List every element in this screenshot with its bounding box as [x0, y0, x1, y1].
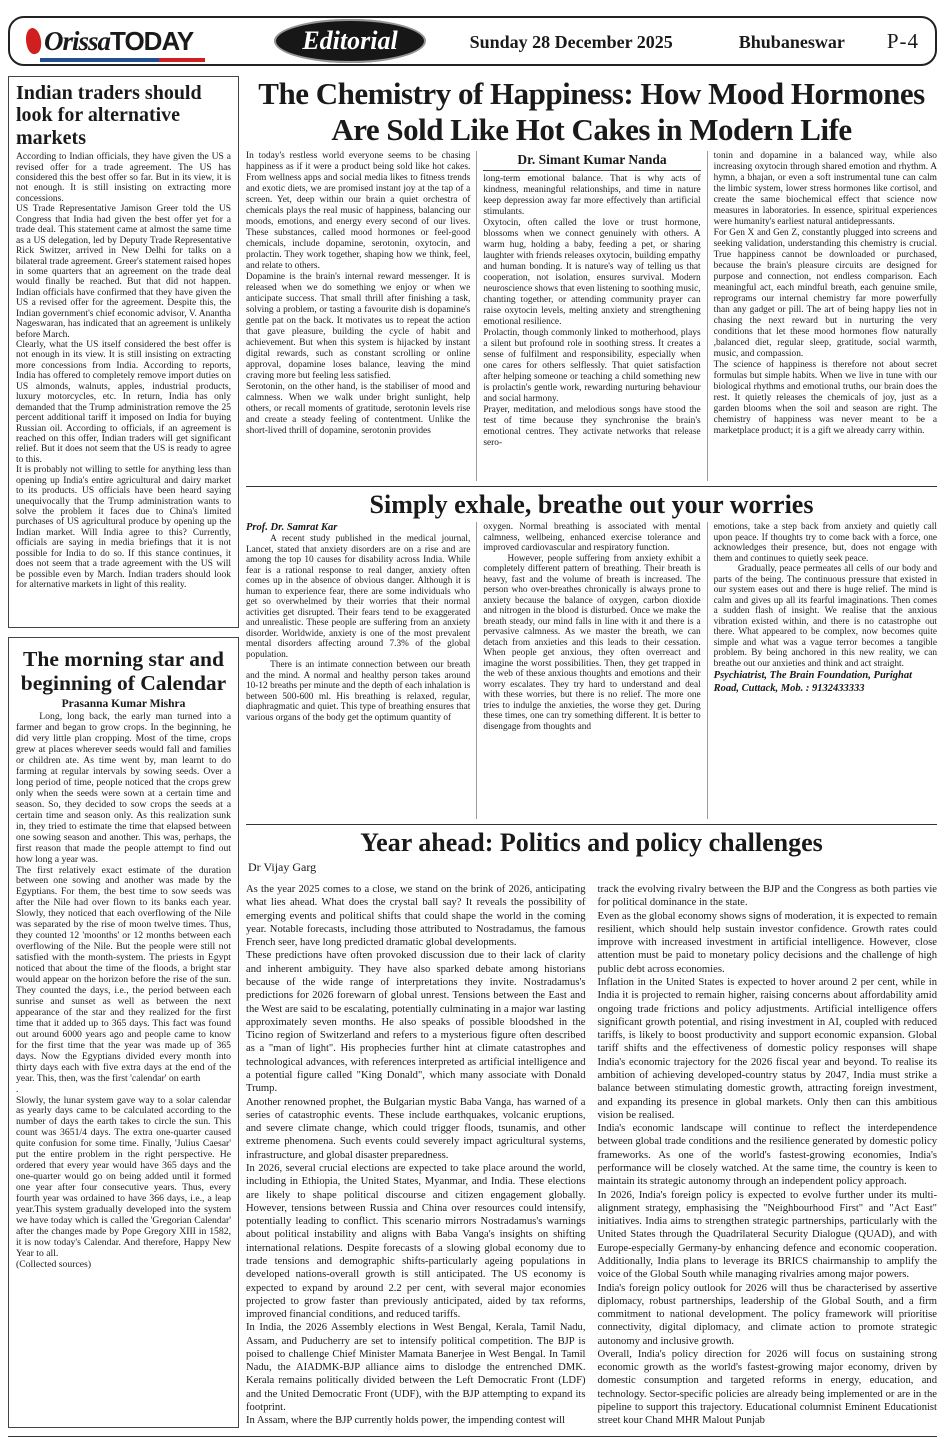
article-chemistry: The Chemistry of Happiness: How Mood Hor…	[246, 76, 937, 481]
paragraph: Prayer, meditation, and melodious songs …	[483, 405, 700, 449]
article-exhale-col3-body: emotions, take a step back from anxiety …	[714, 522, 937, 669]
article-yearahead-title: Year ahead: Politics and policy challeng…	[246, 828, 937, 858]
paragraph: tonin and dopamine in a balanced way, wh…	[714, 151, 937, 228]
logo-underline-bar	[40, 58, 205, 62]
article-exhale-title: Simply exhale, breathe out your worries	[246, 490, 937, 520]
article-yearahead-author: Dr Vijay Garg	[248, 860, 937, 875]
page-content: Indian traders should look for alternati…	[8, 76, 937, 1428]
paragraph: .	[16, 1085, 231, 1096]
paragraph: In Assam, where the BJP currently holds …	[246, 1414, 586, 1427]
paragraph: In India, the 2026 Assembly elections in…	[246, 1321, 586, 1414]
paper-name-italic: Orissa	[44, 26, 110, 56]
issue-date: Sunday 28 December 2025	[470, 32, 673, 53]
paragraph: US Trade Representative Jamison Greer to…	[16, 204, 231, 340]
article-exhale-author: Prof. Dr. Samrat Kar	[246, 522, 470, 533]
paragraph: track the evolving rivalry between the B…	[598, 883, 938, 910]
article-exhale-col1: Prof. Dr. Samrat Kar A recent study publ…	[246, 522, 476, 819]
paper-name: OrissaTODAY	[44, 28, 193, 55]
paragraph: Another renowned prophet, the Bulgarian …	[246, 1096, 586, 1162]
paragraph: emotions, take a step back from anxiety …	[714, 522, 937, 564]
article-yearahead-col2: track the evolving rivalry between the B…	[592, 883, 938, 1428]
article-chemistry-col2: Dr. Simant Kumar Nanda long-term emotion…	[476, 151, 706, 481]
article-yearahead-columns: As the year 2025 comes to a close, we st…	[246, 883, 937, 1428]
editorial-badge: Editorial	[274, 19, 426, 63]
paragraph: Oxytocin, often called the love or trust…	[483, 218, 700, 328]
article-exhale-col3: emotions, take a step back from anxiety …	[707, 522, 937, 819]
paragraph: According to Indian officials, they have…	[16, 152, 231, 204]
paragraph: The first relatively exact estimate of t…	[16, 866, 231, 1085]
article-exhale-col1-body: A recent study published in the medical …	[246, 534, 470, 723]
article-chemistry-columns: In today's restless world everyone seems…	[246, 151, 937, 481]
orissa-map-icon	[23, 27, 44, 56]
paragraph: Clearly, what the US itself considered t…	[16, 340, 231, 465]
left-column: Indian traders should look for alternati…	[8, 76, 239, 1428]
article-yearahead: Year ahead: Politics and policy challeng…	[246, 828, 937, 1427]
masthead: OrissaTODAY Editorial Sunday 28 December…	[8, 16, 937, 66]
paragraph: For Gen X and Gen Z, constantly plugged …	[714, 228, 937, 360]
article-calendar-body: Long, long back, the early man turned in…	[16, 712, 231, 1271]
paragraph: oxygen. Normal breathing is associated w…	[483, 522, 700, 554]
section-divider	[246, 824, 937, 825]
paragraph: However, people suffering from anxiety e…	[483, 554, 700, 733]
article-trade-body: According to Indian officials, they have…	[16, 152, 231, 590]
article-calendar: The morning star and beginning of Calend…	[8, 637, 239, 1428]
author-divider	[483, 170, 700, 171]
article-exhale-col2: oxygen. Normal breathing is associated w…	[476, 522, 706, 819]
paragraph: In 2026, India's foreign policy is expec…	[598, 1189, 938, 1282]
paper-name-bold: TODAY	[110, 26, 193, 56]
section-divider	[246, 486, 937, 487]
paragraph: long-term emotional balance. That is why…	[483, 174, 700, 218]
paragraph: Inflation in the United States is expect…	[598, 976, 938, 1122]
article-chemistry-title: The Chemistry of Happiness: How Mood Hor…	[246, 76, 937, 147]
paragraph: These predictions have often provoked di…	[246, 949, 586, 1095]
paragraph: Long, long back, the early man turned in…	[16, 712, 231, 865]
paragraph: Even as the global economy shows signs o…	[598, 910, 938, 976]
article-chemistry-author: Dr. Simant Kumar Nanda	[483, 152, 700, 168]
paragraph: The science of happiness is therefore no…	[714, 360, 937, 437]
page-number: P-4	[887, 29, 919, 54]
paragraph: India's foreign policy outlook for 2026 …	[598, 1282, 938, 1348]
paragraph: It is probably not willing to settle for…	[16, 465, 231, 590]
article-chemistry-col2-body: long-term emotional balance. That is why…	[483, 174, 700, 449]
article-calendar-author: Prasanna Kumar Mishra	[16, 698, 231, 710]
main-column: The Chemistry of Happiness: How Mood Hor…	[246, 76, 937, 1428]
article-exhale: Simply exhale, breathe out your worries …	[246, 490, 937, 819]
paragraph: Overall, India's policy direction for 20…	[598, 1348, 938, 1428]
paper-logo: OrissaTODAY	[26, 28, 216, 55]
newspaper-page: OrissaTODAY Editorial Sunday 28 December…	[0, 0, 945, 1442]
paragraph: Psychiatrist, The Brain Foundation, Puri…	[714, 669, 937, 695]
article-exhale-columns: Prof. Dr. Samrat Kar A recent study publ…	[246, 522, 937, 819]
article-chemistry-col3: tonin and dopamine in a balanced way, wh…	[707, 151, 937, 481]
paragraph: As the year 2025 comes to a close, we st…	[246, 883, 586, 949]
article-trade: Indian traders should look for alternati…	[8, 76, 239, 628]
paragraph: Dopamine is the brain's internal reward …	[246, 272, 470, 382]
paragraph: A recent study published in the medical …	[246, 534, 470, 660]
article-chemistry-col1: In today's restless world everyone seems…	[246, 151, 476, 481]
masthead-right: Sunday 28 December 2025 Bhubaneswar P-4	[470, 29, 919, 54]
paragraph: Gradually, peace permeates all cells of …	[714, 564, 937, 669]
paragraph: (Collected sources)	[16, 1260, 231, 1271]
article-exhale-credit: Psychiatrist, The Brain Foundation, Puri…	[714, 669, 937, 695]
page-bottom-rule	[8, 1436, 937, 1437]
article-yearahead-col1: As the year 2025 comes to a close, we st…	[246, 883, 592, 1428]
paragraph: Serotonin, on the other hand, is the sta…	[246, 382, 470, 437]
article-trade-title: Indian traders should look for alternati…	[16, 82, 231, 149]
paragraph: Slowly, the lunar system gave way to a s…	[16, 1096, 231, 1260]
paragraph: India's economic landscape will continue…	[598, 1122, 938, 1188]
paragraph: In today's restless world everyone seems…	[246, 151, 470, 272]
article-calendar-title: The morning star and beginning of Calend…	[16, 647, 231, 695]
paragraph: In 2026, several crucial elections are e…	[246, 1162, 586, 1321]
paragraph: Prolactin, though commonly linked to mot…	[483, 328, 700, 405]
logo-underline-red-segment	[159, 58, 205, 62]
issue-city: Bhubaneswar	[739, 32, 845, 53]
paragraph: There is an intimate connection between …	[246, 660, 470, 723]
